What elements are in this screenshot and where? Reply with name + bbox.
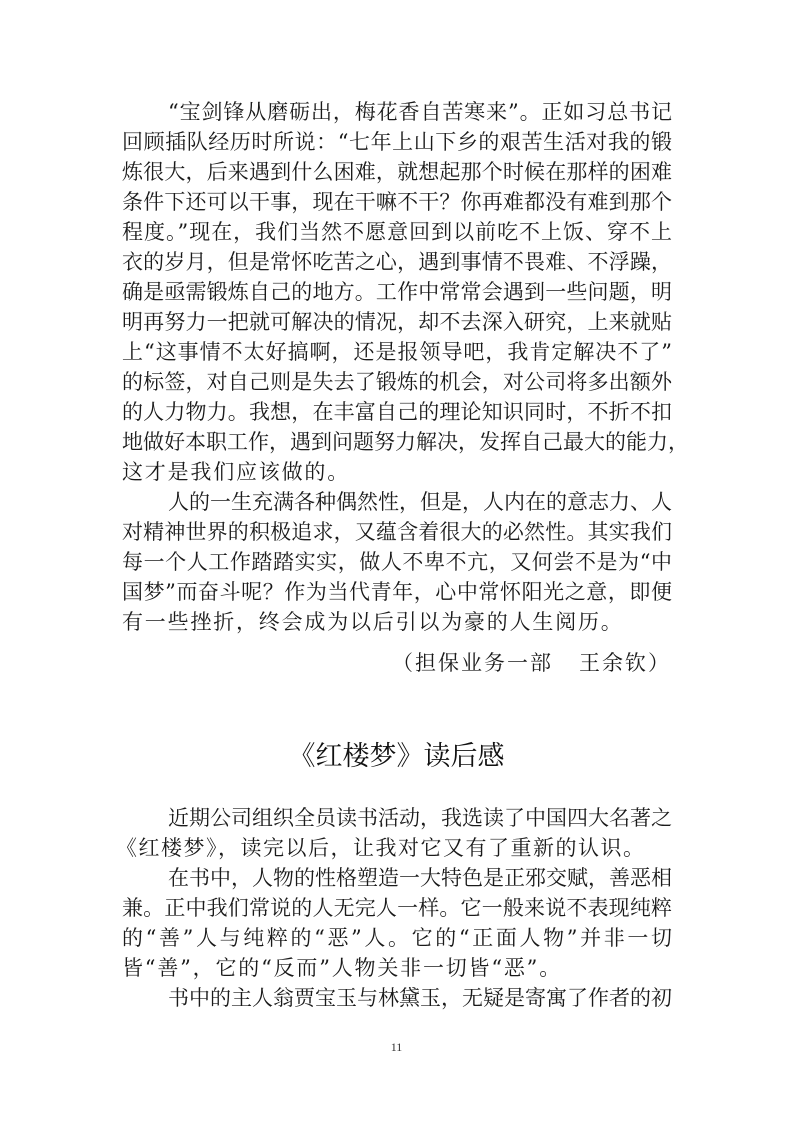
paragraph-line: 国梦”而奋斗呢？作为当代青年，心中常怀阳光之意，即便 xyxy=(122,577,672,607)
paragraph-line: 明再努力一把就可解决的情况，却不去深入研究，上来就贴 xyxy=(122,307,672,337)
article-title: 《红楼梦》读后感 xyxy=(0,737,793,777)
paragraph-line: 确是亟需锻炼自己的地方。工作中常常会遇到一些问题，明 xyxy=(122,277,672,307)
paragraph-line: 皆“善”，它的“反而”人物关非一切皆“恶”。 xyxy=(122,953,672,983)
paragraph-line: 《红楼梦》，读完以后，让我对它又有了重新的认识。 xyxy=(116,833,666,863)
author-signature: （担保业务一部 王余钦） xyxy=(392,648,671,678)
paragraph-line: 兼。正中我们常说的人无完人一样。它一般来说不表现纯粹 xyxy=(122,893,672,923)
paragraph-line: 人的一生充满各种偶然性，但是，人内在的意志力、人 xyxy=(168,487,672,517)
paragraph-line: 有一些挫折，终会成为以后引以为豪的人生阅历。 xyxy=(122,607,672,637)
paragraph-line: 的“善”人与纯粹的“恶”人。它的“正面人物”并非一切 xyxy=(122,923,672,953)
paragraph-line: 上“这事情不太好搞啊，还是报领导吧，我肯定解决不了” xyxy=(122,337,672,367)
paragraph-line: 回顾插队经历时所说：“七年上山下乡的艰苦生活对我的锻 xyxy=(122,127,672,157)
paragraph-line: 在书中，人物的性格塑造一大特色是正邪交赋，善恶相 xyxy=(168,863,672,893)
paragraph-line: 炼很大，后来遇到什么困难，就想起那个时候在那样的困难 xyxy=(122,157,672,187)
paragraph-line: 书中的主人翁贾宝玉与林黛玉，无疑是寄寓了作者的初 xyxy=(168,983,672,1013)
paragraph-line: “宝剑锋从磨砺出，梅花香自苦寒来”。正如习总书记 xyxy=(168,97,672,127)
paragraph-line: 的标签，对自己则是失去了锻炼的机会，对公司将多出额外 xyxy=(122,367,672,397)
paragraph-line: 这才是我们应该做的。 xyxy=(122,457,672,487)
paragraph-line: 对精神世界的积极追求，又蕴含着很大的必然性。其实我们 xyxy=(122,517,672,547)
page-number: 11 xyxy=(0,1040,793,1055)
paragraph-line: 的人力物力。我想，在丰富自己的理论知识同时，不折不扣 xyxy=(122,397,672,427)
paragraph-line: 程度。”现在，我们当然不愿意回到以前吃不上饭、穿不上 xyxy=(122,217,672,247)
paragraph-line: 地做好本职工作，遇到问题努力解决，发挥自己最大的能力， xyxy=(122,427,672,457)
paragraph-line: 每一个人工作踏踏实实，做人不卑不亢，又何尝不是为“中 xyxy=(122,547,672,577)
paragraph-line: 近期公司组织全员读书活动，我选读了中国四大名著之 xyxy=(168,803,672,833)
paragraph-line: 条件下还可以干事，现在干嘛不干？你再难都没有难到那个 xyxy=(122,187,672,217)
paragraph-line: 衣的岁月，但是常怀吃苦之心，遇到事情不畏难、不浮躁， xyxy=(122,247,672,277)
